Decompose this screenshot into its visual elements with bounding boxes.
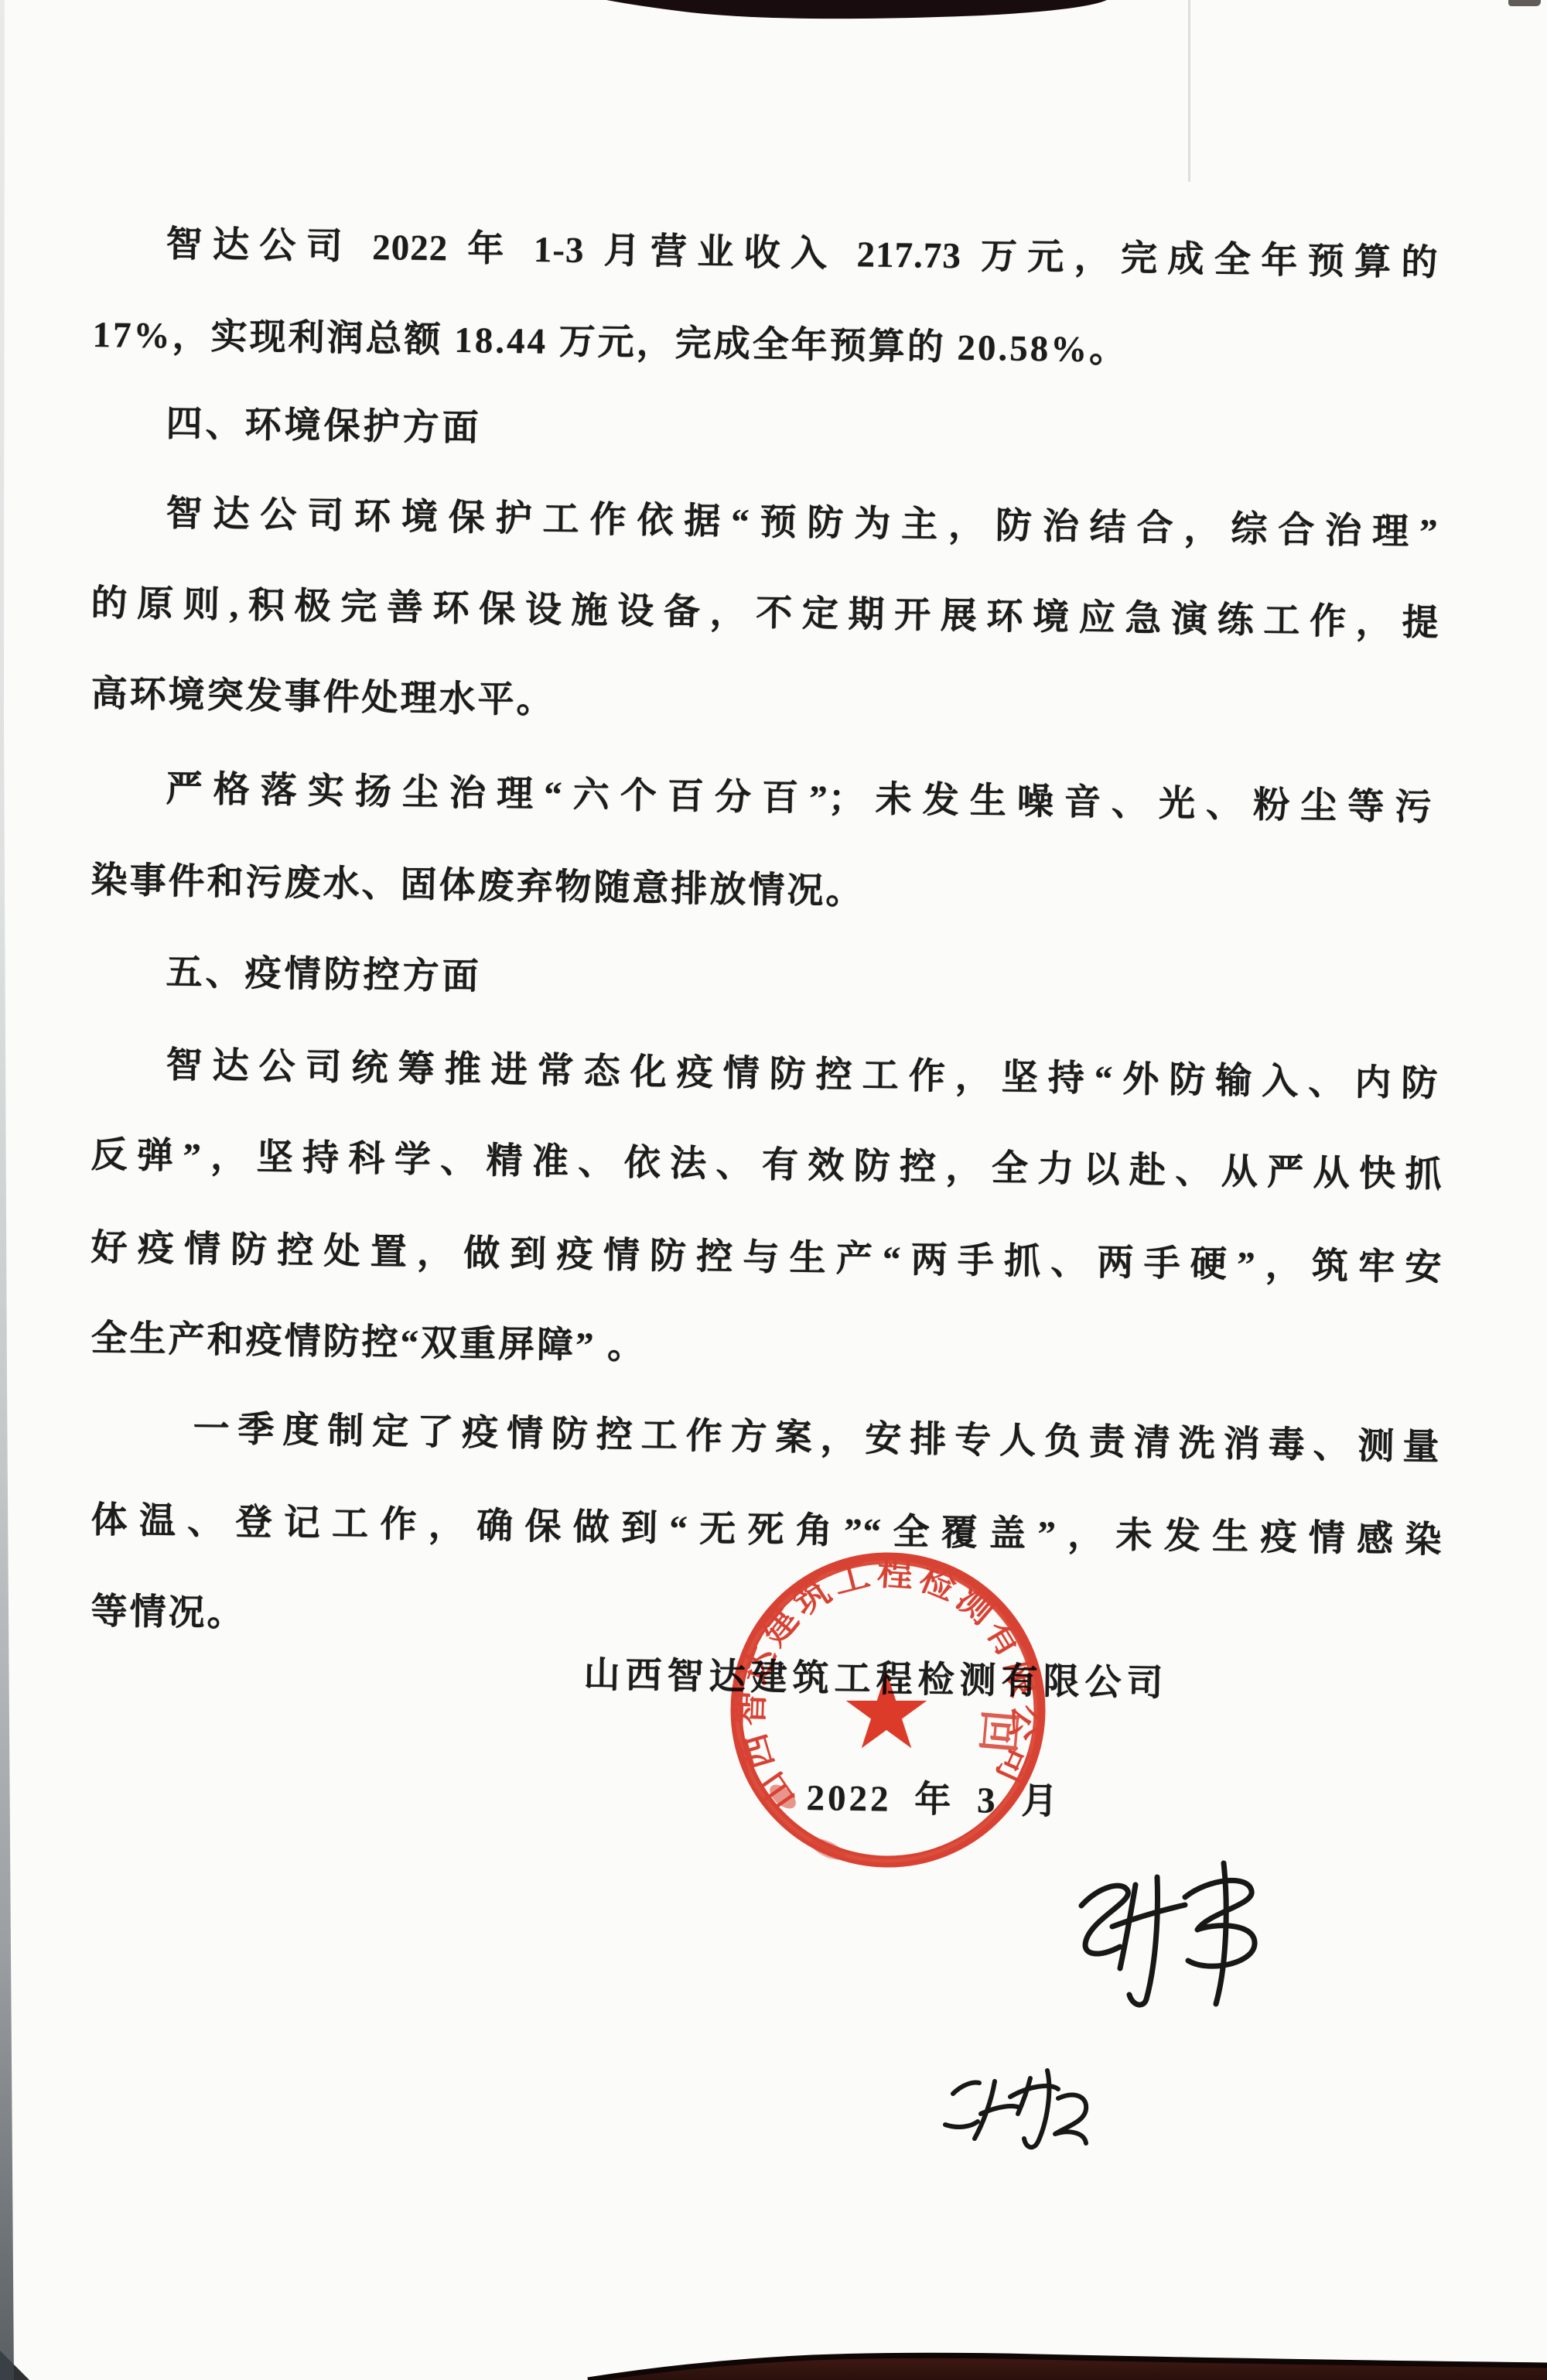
paper-crease-line [1188,0,1190,182]
top-right-corner-speck [1508,0,1541,6]
scanned-document-page: 智达公司 2022 年 1-3 月营业收入 217.73 万元，完成全年预算的 … [0,0,1547,2380]
scan-edge-artifacts [0,0,1547,2380]
top-edge-shadow-blob [606,0,1107,19]
